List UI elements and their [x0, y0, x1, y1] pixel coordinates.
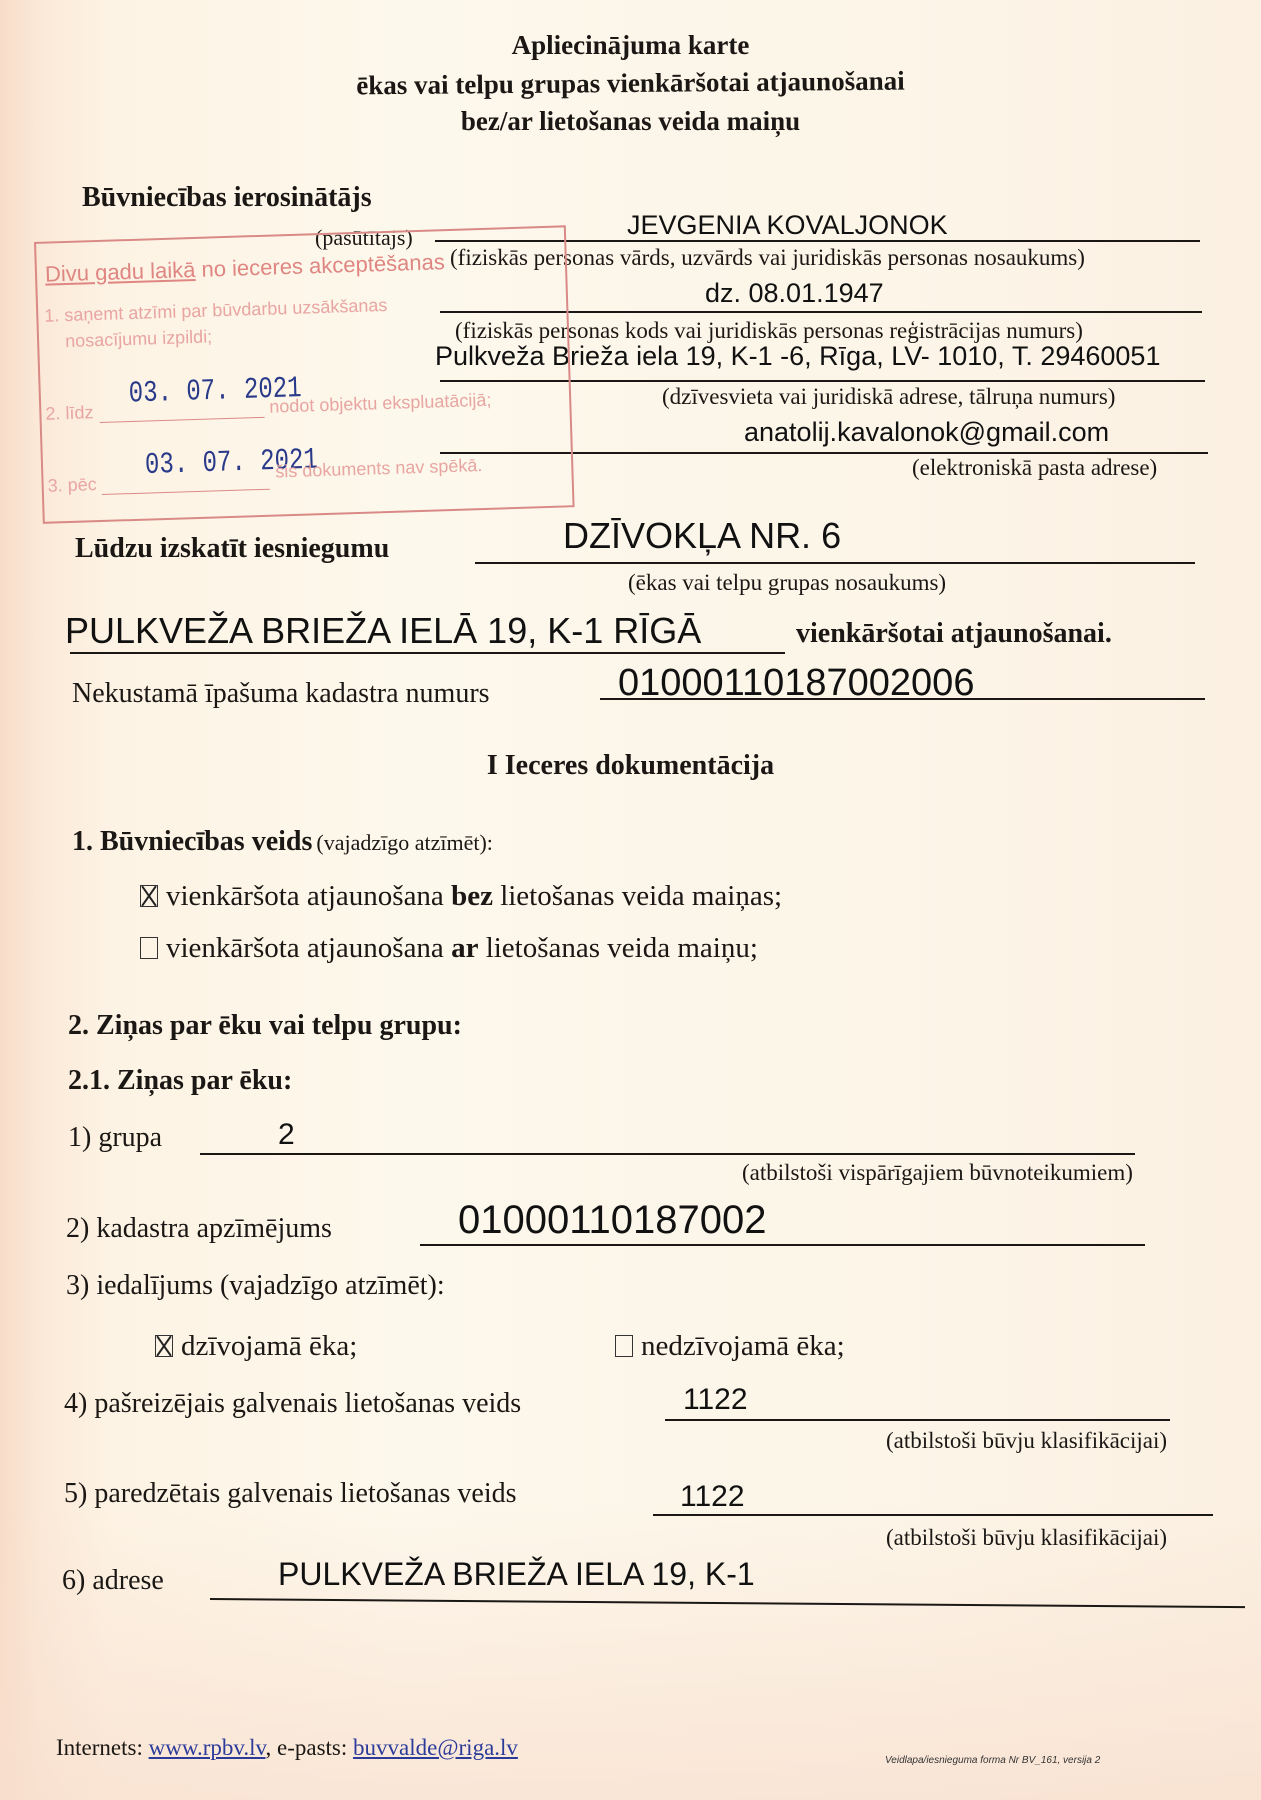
group-hint: (atbilstoši vispārīgajiem būvnoteikumiem… — [742, 1160, 1133, 1186]
group-value[interactable]: 2 — [278, 1118, 295, 1152]
q1-hint: (vajadzīgo atzīmēt): — [316, 830, 493, 855]
group-label: 1) grupa — [68, 1122, 162, 1154]
form-id: Veidlapa/iesnieguma forma Nr BV_161, ver… — [885, 1755, 1100, 1766]
address-label: 6) adrese — [62, 1565, 164, 1597]
q1-heading-row: 1. Būvniecības veids (vajadzīgo atzīmēt)… — [72, 826, 493, 858]
current-use-underline — [665, 1419, 1170, 1421]
division-label: 3) iedalījums (vajadzīgo atzīmēt): — [66, 1270, 445, 1302]
stamp-item1-line1: 1. saņemt atzīmi par būvdarbu uzsākšanas — [44, 295, 388, 327]
request-cadastre-underline — [600, 698, 1205, 700]
acceptance-stamp: Divu gadu laikā no ieceres akceptēšanas … — [34, 225, 575, 524]
group-underline — [200, 1153, 1135, 1155]
planned-use-hint: (atbilstoši būvju klasifikācijai) — [886, 1525, 1167, 1551]
current-use-label: 4) pašreizējais galvenais lietošanas vei… — [64, 1388, 521, 1420]
stamp-title-underlined: Divu gadu laikā — [45, 257, 196, 287]
cadastre-designation-underline — [420, 1244, 1145, 1246]
doc-title-line2: ēkas vai telpu grupas vienkāršotai atjau… — [0, 62, 1261, 104]
checkbox-empty-icon[interactable] — [140, 937, 158, 959]
planned-use-label: 5) paredzētais galvenais lietošanas veid… — [64, 1478, 517, 1510]
request-label: Lūdzu izskatīt iesniegumu — [75, 533, 389, 565]
request-object-hint: (ēkas vai telpu grupas nosaukums) — [628, 570, 946, 596]
section1-heading: I Ieceres dokumentācija — [0, 750, 1261, 782]
initiator-name-value[interactable]: JEVGENIA KOVALJONOK — [627, 210, 948, 241]
stamp-item2-rule — [100, 417, 265, 423]
current-use-hint: (atbilstoši būvju klasifikācijai) — [886, 1428, 1167, 1454]
request-cadastre-label: Nekustamā īpašuma kadastra numurs — [72, 678, 490, 710]
doc-title-line1: Apliecinājuma karte — [0, 30, 1261, 61]
stamp-title: Divu gadu laikā no ieceres akceptēšanas — [45, 249, 446, 288]
planned-use-underline — [653, 1514, 1213, 1516]
request-object-value[interactable]: DZĪVOKĻA NR. 6 — [563, 515, 841, 557]
website-link[interactable]: www.rpbv.lv — [149, 1735, 266, 1760]
stamp-title-rest: no ieceres akceptēšanas — [195, 249, 445, 282]
q1-option-bez[interactable]: vienkāršota atjaunošana bez lietošanas v… — [140, 880, 782, 913]
initiator-heading: Būvniecības ierosinātājs — [82, 182, 372, 214]
request-location-value[interactable]: PULKVEŽA BRIEŽA IELĀ 19, K-1 RĪGĀ — [65, 610, 701, 652]
division-option-nonresidential[interactable]: nedzīvojamā ēka; — [615, 1330, 845, 1363]
stamp-item1-line2: nosacījumu izpildi; — [65, 326, 213, 352]
section2-subheading: 2.1. Ziņas par ēku: — [68, 1065, 292, 1097]
checkbox-checked-icon[interactable] — [155, 1335, 173, 1357]
division-option-residential[interactable]: dzīvojamā ēka; — [155, 1330, 357, 1363]
request-location-suffix: vienkāršotai atjaunošanai. — [796, 618, 1112, 650]
request-location-underline — [70, 652, 785, 654]
current-use-value[interactable]: 1122 — [683, 1383, 748, 1417]
section2-heading: 2. Ziņas par ēku vai telpu grupu: — [68, 1010, 462, 1042]
initiator-email-value[interactable]: anatolij.kavalonok@gmail.com — [744, 417, 1109, 448]
q1-heading: 1. Būvniecības veids — [72, 826, 312, 857]
cadastre-designation-label: 2) kadastra apzīmējums — [66, 1213, 332, 1245]
initiator-code-value[interactable]: dz. 08.01.1947 — [705, 278, 884, 309]
stamp-item2-suffix: nodot objektu ekspluatācijā; — [269, 390, 492, 418]
checkbox-empty-icon[interactable] — [615, 1335, 633, 1357]
q1-option-ar[interactable]: vienkāršota atjaunošana ar lietošanas ve… — [140, 932, 758, 965]
footer-contacts: Internets: www.rpbv.lv, e-pasts: buvvald… — [56, 1735, 518, 1761]
cadastre-designation-value[interactable]: 01000110187002 — [458, 1198, 766, 1243]
initiator-email-hint: (elektroniskā pasta adrese) — [912, 455, 1157, 481]
doc-title-line3: bez/ar lietošanas veida maiņu — [0, 106, 1261, 137]
planned-use-value[interactable]: 1122 — [680, 1480, 745, 1514]
email-link[interactable]: buvvalde@riga.lv — [353, 1735, 518, 1760]
request-object-underline — [475, 562, 1195, 564]
initiator-address-hint: (dzīvesvieta vai juridiskā adrese, tālru… — [662, 384, 1115, 410]
stamp-item3-rule — [102, 489, 270, 495]
address-value[interactable]: PULKVEŽA BRIEŽA IELA 19, K-1 — [278, 1556, 755, 1593]
stamp-item2-prefix: 2. līdz — [45, 402, 94, 424]
stamp-item3-prefix: 3. pēc — [47, 474, 97, 497]
checkbox-checked-icon[interactable] — [140, 885, 158, 907]
